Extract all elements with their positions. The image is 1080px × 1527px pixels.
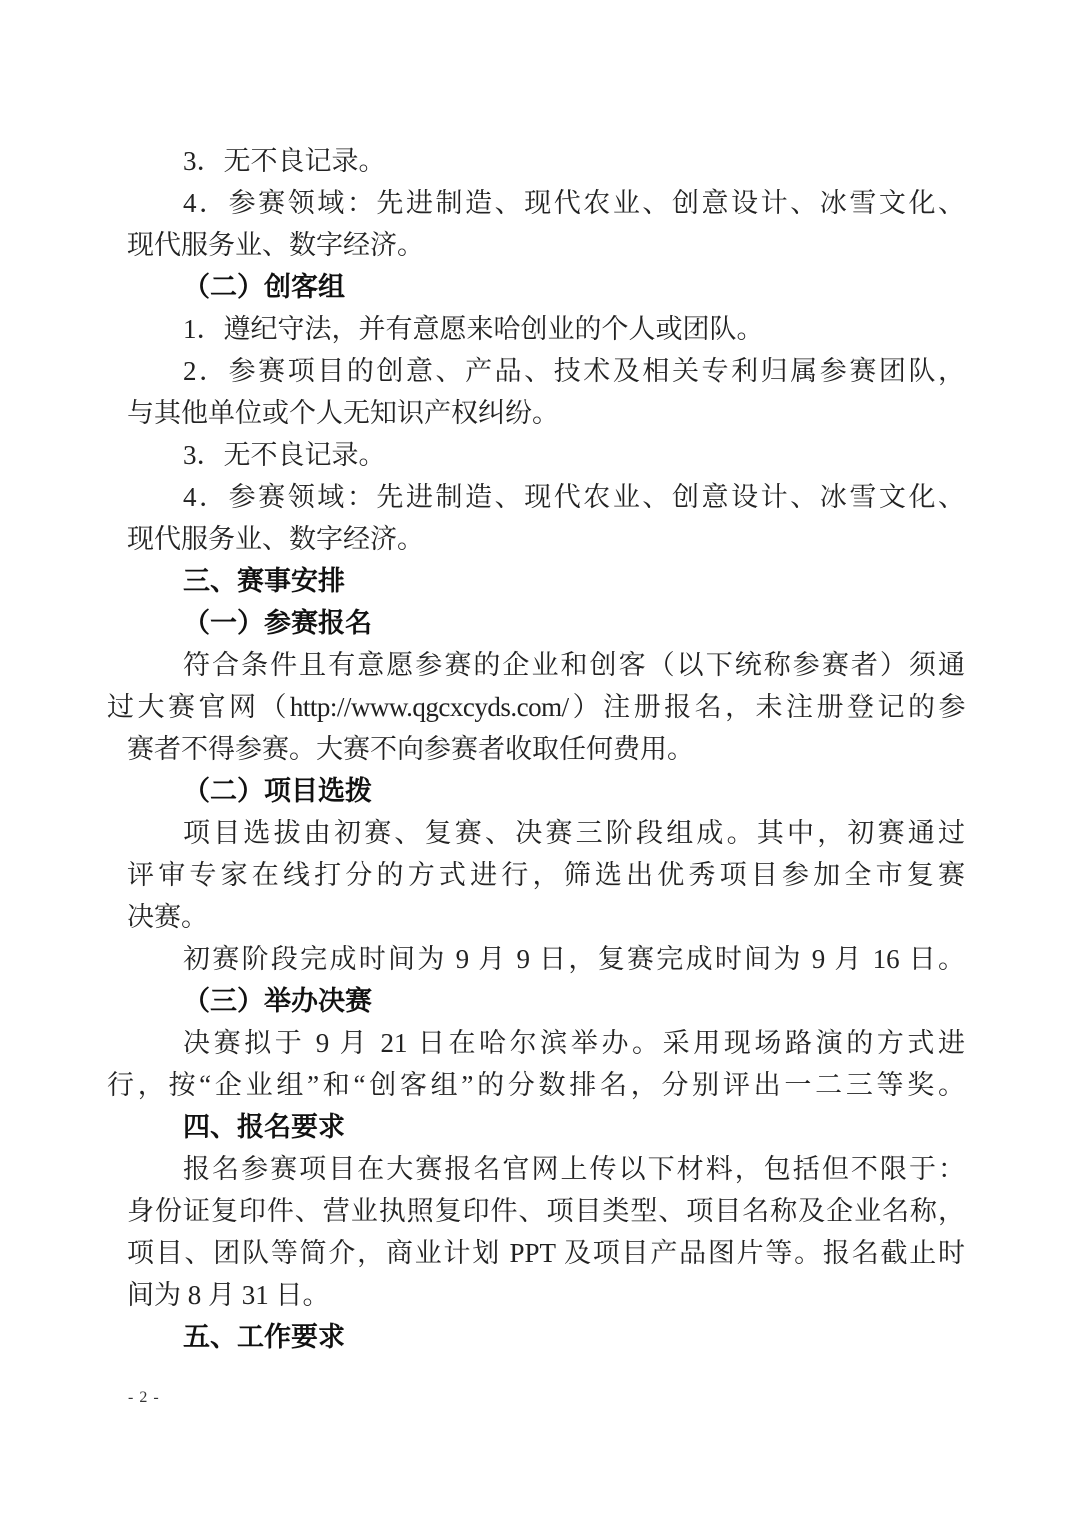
text-line: 现代服务业、数字经济。 xyxy=(127,518,965,560)
text-line: 身份证复印件、营业执照复印件、项目类型、项目名称及企业名称， xyxy=(127,1190,965,1232)
text-line: 2．参赛项目的创意、产品、技术及相关专利归属参赛团队， xyxy=(127,350,965,392)
text-line: 间为 8 月 31 日。 xyxy=(127,1274,965,1316)
text-line: 决赛。 xyxy=(127,896,965,938)
heading-project-selection: （二）项目选拨 xyxy=(127,770,965,812)
heading-registration-requirements: 四、报名要求 xyxy=(127,1106,965,1148)
text-line: 3．无不良记录。 xyxy=(127,434,965,476)
heading-work-requirements: 五、工作要求 xyxy=(127,1316,965,1358)
text-line: 决赛拟于 9 月 21 日在哈尔滨举办。采用现场路演的方式进 xyxy=(127,1022,965,1064)
text-line: 4．参赛领域：先进制造、现代农业、创意设计、冰雪文化、 xyxy=(127,182,965,224)
text-line-with-url: 过大赛官网（http://www.qgcxcyds.com/）注册报名，未注册登… xyxy=(107,686,965,728)
text-line: 4．参赛领域：先进制造、现代农业、创意设计、冰雪文化、 xyxy=(127,476,965,518)
text-line: 现代服务业、数字经济。 xyxy=(127,224,965,266)
text-line: 项目、团队等简介，商业计划 PPT 及项目产品图片等。报名截止时 xyxy=(127,1232,965,1274)
heading-registration: （一）参赛报名 xyxy=(127,602,965,644)
text-line: 初赛阶段完成时间为 9 月 9 日，复赛完成时间为 9 月 16 日。 xyxy=(127,938,965,980)
heading-event-arrangement: 三、赛事安排 xyxy=(127,560,965,602)
text-line: 1．遵纪守法，并有意愿来哈创业的个人或团队。 xyxy=(127,308,965,350)
document-body: 3．无不良记录。 4．参赛领域：先进制造、现代农业、创意设计、冰雪文化、 现代服… xyxy=(127,140,965,1358)
text-line: 3．无不良记录。 xyxy=(127,140,965,182)
text-line: 赛者不得参赛。大赛不向参赛者收取任何费用。 xyxy=(127,728,965,770)
text-line: 评审专家在线打分的方式进行，筛选出优秀项目参加全市复赛 xyxy=(127,854,965,896)
document-page: 3．无不良记录。 4．参赛领域：先进制造、现代农业、创意设计、冰雪文化、 现代服… xyxy=(0,0,1080,1527)
text-line: 项目选拔由初赛、复赛、决赛三阶段组成。其中，初赛通过 xyxy=(127,812,965,854)
text-line: 与其他单位或个人无知识产权纠纷。 xyxy=(127,392,965,434)
text-line: 报名参赛项目在大赛报名官网上传以下材料，包括但不限于： xyxy=(127,1148,965,1190)
page-number: - 2 - xyxy=(128,1387,160,1409)
text-line: 行，按“企业组”和“创客组”的分数排名，分别评出一二三等奖。 xyxy=(107,1064,965,1106)
text-line: 符合条件且有意愿参赛的企业和创客（以下统称参赛者）须通 xyxy=(127,644,965,686)
heading-final: （三）举办决赛 xyxy=(127,980,965,1022)
heading-maker-group: （二）创客组 xyxy=(127,266,965,308)
